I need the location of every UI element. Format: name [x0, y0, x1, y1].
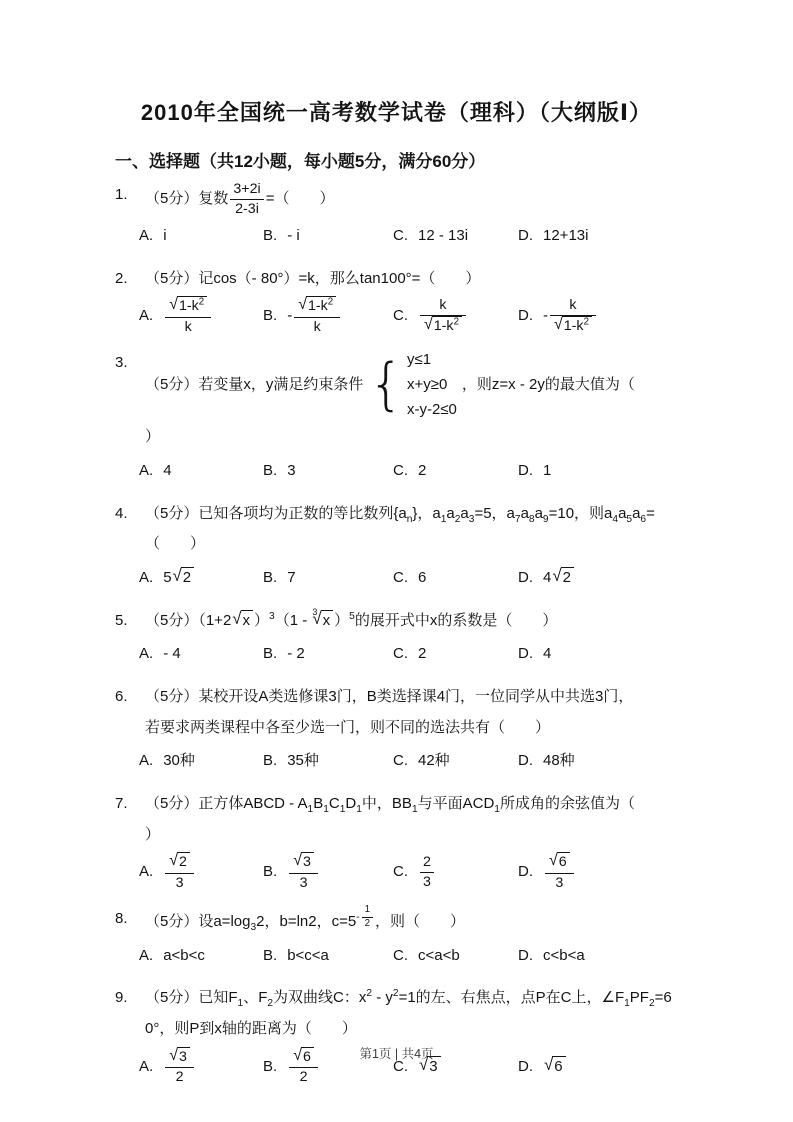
option-item: B.b<c<a [263, 940, 393, 972]
fraction-numerator: √2 [165, 852, 194, 872]
option-label: A. [139, 300, 153, 332]
option-item: B.-√1-k2k [263, 296, 393, 336]
question-item: 8.（5分）设a=log32，b=ln2，c=5-12，则（ ）A.a<b<cB… [115, 904, 698, 971]
option-item: A.30种 [139, 745, 263, 777]
option-item: C.42种 [393, 745, 518, 777]
option-item: C.2 [393, 455, 518, 487]
fraction: 12 [362, 904, 373, 930]
radicand: x [321, 610, 334, 631]
left-brace: { [368, 360, 404, 410]
question-number: 6. [115, 682, 145, 744]
fraction-denominator: 3 [289, 873, 318, 893]
fraction-denominator: √1-k2 [550, 315, 596, 336]
fraction-numerator: 1 [362, 904, 373, 917]
option-content: √63 [543, 852, 576, 892]
fraction-numerator: k [420, 296, 466, 315]
question-number: 4. [115, 499, 145, 561]
option-item: A.- 4 [139, 638, 263, 670]
fraction-denominator: k [294, 317, 340, 337]
fraction-denominator: 2 [165, 1067, 194, 1087]
superscript: -12 [356, 912, 375, 923]
option-label: A. [139, 638, 153, 670]
option-content: 5√2 [163, 562, 195, 594]
option-item: C.23 [393, 853, 518, 891]
subscript: 1 [412, 804, 418, 815]
option-content: 3 [287, 455, 295, 487]
question-item: 7.（5分）正方体ABCD - A1B1C1D1中，BB1与平面ACD1所成角的… [115, 789, 698, 892]
fraction: √1-k2k [165, 296, 211, 336]
system-rows: y≤1x+y≥0x-y-2≤0 [407, 348, 457, 422]
question-item: 3.（5分）若变量x，y满足约束条件{y≤1x+y≥0x-y-2≤0，则z=x … [115, 348, 698, 487]
option-content: 35种 [287, 745, 319, 777]
option-item: A.a<b<c [139, 940, 263, 972]
question-stem: （5分）已知各项均为正数的等比数列{an}，a1a2a3=5，a7a8a9=10… [145, 499, 698, 561]
fraction-numerator: 3+2i [230, 180, 263, 199]
fraction: √23 [165, 852, 194, 892]
option-content: 2 [418, 638, 426, 670]
fraction-denominator: 3 [420, 872, 434, 892]
option-label: D. [518, 638, 533, 670]
fraction: √1-k2k [294, 296, 340, 336]
option-content: 12+13i [543, 220, 588, 252]
question-item: 6.（5分）某校开设A类选修课3门，B类选择课4门，一位同学从中共选3门，若要求… [115, 682, 698, 777]
superscript: 5 [349, 611, 355, 622]
subscript: 3 [250, 922, 256, 933]
radicand: 1-k2 [562, 316, 592, 336]
option-content: -√1-k2k [287, 296, 342, 336]
option-item: C.12 - 13i [393, 220, 518, 252]
option-label: B. [263, 562, 277, 594]
option-item: A.√1-k2k [139, 296, 263, 336]
option-label: C. [393, 562, 408, 594]
subscript: 5 [626, 514, 632, 525]
fraction-denominator: 3 [545, 873, 574, 893]
option-item: B.3 [263, 455, 393, 487]
option-content: 6 [418, 562, 426, 594]
option-content: 1 [543, 455, 551, 487]
radical: √1-k2 [424, 316, 462, 336]
question-stem: （5分）已知F1、F2为双曲线C：x2 - y2=1的左、右焦点，点P在C上，∠… [145, 983, 698, 1045]
superscript: 2 [584, 316, 589, 327]
question-stem: （5分）复数3+2i2-3i=（ ） [145, 180, 698, 218]
inequality-system: {y≤1x+y≥0x-y-2≤0 [368, 348, 457, 422]
superscript: 2 [366, 988, 372, 999]
options-row: A.30种B.35种C.42种D.48种 [139, 745, 698, 777]
subscript: 1 [494, 804, 500, 815]
option-content: 7 [287, 562, 295, 594]
option-content: 4√2 [543, 562, 575, 594]
subscript: 1 [238, 998, 244, 1009]
superscript: 3 [269, 611, 275, 622]
question-line: 1.（5分）复数3+2i2-3i=（ ） [115, 180, 698, 218]
fraction-numerator: k [550, 296, 596, 315]
radical: √1-k2 [169, 296, 207, 316]
fraction-numerator: √6 [545, 852, 574, 872]
option-label: B. [263, 856, 277, 888]
question-stem: （5分）若变量x，y满足约束条件{y≤1x+y≥0x-y-2≤0，则z=x - … [145, 348, 698, 453]
question-stem: （5分）设a=log32，b=ln2，c=5-12，则（ ） [145, 904, 698, 938]
page-title: 2010年全国统一高考数学试卷（理科）（大纲版Ⅰ） [95, 96, 698, 127]
subscript: 3 [469, 514, 475, 525]
option-label: A. [139, 220, 153, 252]
subscript: 1 [356, 804, 362, 815]
option-label: C. [393, 856, 408, 888]
radicand: x [241, 610, 254, 631]
fraction-denominator: 2 [362, 917, 373, 931]
superscript: 2 [454, 316, 459, 327]
option-item: B.- 2 [263, 638, 393, 670]
option-content: c<a<b [418, 940, 460, 972]
option-content: √23 [163, 852, 196, 892]
option-content: 30种 [163, 745, 195, 777]
radical: √x [232, 610, 253, 631]
option-label: B. [263, 220, 277, 252]
option-label: D. [518, 220, 533, 252]
options-row: A.a<b<cB.b<c<aC.c<a<bD.c<b<a [139, 940, 698, 972]
option-content: 42种 [418, 745, 450, 777]
radical: √6 [549, 852, 570, 872]
question-number: 3. [115, 348, 145, 453]
option-content: √1-k2k [163, 296, 213, 336]
option-item: B.√33 [263, 852, 393, 892]
superscript: 2 [199, 297, 204, 308]
section-heading: 一、选择题（共12小题，每小题5分，满分60分） [115, 147, 698, 172]
fraction: √33 [289, 852, 318, 892]
system-row: x+y≥0 [407, 373, 457, 398]
superscript: 2 [328, 297, 333, 308]
option-label: C. [393, 745, 408, 777]
option-label: C. [393, 300, 408, 332]
option-label: D. [518, 300, 533, 332]
question-number: 1. [115, 180, 145, 218]
option-label: D. [518, 455, 533, 487]
option-label: A. [139, 455, 153, 487]
subscript: 1 [308, 804, 314, 815]
question-number: 7. [115, 789, 145, 851]
option-content: 2 [418, 455, 426, 487]
question-line: 4.（5分）已知各项均为正数的等比数列{an}，a1a2a3=5，a7a8a9=… [115, 499, 698, 561]
option-label: B. [263, 745, 277, 777]
question-stem: （5分）某校开设A类选修课3门，B类选择课4门，一位同学从中共选3门，若要求两类… [145, 682, 698, 744]
subscript: n [407, 514, 413, 525]
subscript: 1 [340, 804, 346, 815]
fraction: k√1-k2 [550, 296, 596, 336]
fraction: 3+2i2-3i [230, 180, 263, 218]
radical: √1-k2 [298, 296, 336, 316]
question-line: 9.（5分）已知F1、F2为双曲线C：x2 - y2=1的左、右焦点，点P在C上… [115, 983, 698, 1045]
option-content: - 2 [287, 638, 305, 670]
option-item: A.i [139, 220, 263, 252]
fraction-denominator: 2-3i [230, 199, 263, 219]
subscript: 1 [441, 514, 447, 525]
option-item: D.c<b<a [518, 940, 698, 972]
radicand: 2 [181, 567, 194, 588]
subscript: 7 [515, 514, 521, 525]
option-content: 4 [163, 455, 171, 487]
question-line: 8.（5分）设a=log32，b=ln2，c=5-12，则（ ） [115, 904, 698, 938]
radical: √2 [169, 852, 190, 872]
option-item: A.√23 [139, 852, 263, 892]
fraction: 23 [420, 853, 434, 891]
option-label: C. [393, 220, 408, 252]
superscript: 2 [393, 988, 399, 999]
subscript: 8 [529, 514, 535, 525]
option-label: C. [393, 638, 408, 670]
option-label: D. [518, 745, 533, 777]
question-number: 2. [115, 264, 145, 295]
option-content: - 4 [163, 638, 181, 670]
options-row: A.√1-k2kB.-√1-k2kC.k√1-k2D.-k√1-k2 [139, 296, 698, 336]
question-stem: （5分）正方体ABCD - A1B1C1D1中，BB1与平面ACD1所成角的余弦… [145, 789, 698, 851]
radical: √3 [293, 852, 314, 872]
question-number: 8. [115, 904, 145, 938]
radical-index: 3 [312, 607, 317, 619]
question-line: 3.（5分）若变量x，y满足约束条件{y≤1x+y≥0x-y-2≤0，则z=x … [115, 348, 698, 453]
radical: √2 [173, 567, 195, 588]
option-item: D.4 [518, 638, 698, 670]
option-label: A. [139, 856, 153, 888]
option-content: 23 [418, 853, 436, 891]
subscript: 9 [543, 514, 549, 525]
option-content: b<c<a [287, 940, 329, 972]
option-item: C.c<a<b [393, 940, 518, 972]
option-item: D.1 [518, 455, 698, 487]
question-number: 5. [115, 606, 145, 637]
exam-page: 2010年全国统一高考数学试卷（理科）（大纲版Ⅰ） 一、选择题（共12小题，每小… [0, 0, 793, 1122]
question-stem: （5分）（1+2√x）3（1 - 3√x）5的展开式中x的系数是（ ） [145, 606, 698, 637]
fraction-numerator: √1-k2 [294, 296, 340, 316]
option-label: B. [263, 638, 277, 670]
question-line: 2.（5分）记cos（- 80°）=k，那么tan100°=（ ） [115, 264, 698, 295]
option-content: 4 [543, 638, 551, 670]
page-indicator: 第1页 | 共4页 [359, 1047, 433, 1061]
page-footer: 第1页 | 共4页 [0, 1044, 793, 1062]
option-item: D.48种 [518, 745, 698, 777]
fraction-numerator: √3 [289, 852, 318, 872]
subscript: 2 [649, 998, 655, 1009]
question-line: 7.（5分）正方体ABCD - A1B1C1D1中，BB1与平面ACD1所成角的… [115, 789, 698, 851]
option-content: -k√1-k2 [543, 296, 598, 336]
subscript: 1 [323, 804, 329, 815]
question-item: 9.（5分）已知F1、F2为双曲线C：x2 - y2=1的左、右焦点，点P在C上… [115, 983, 698, 1086]
radical: √1-k2 [554, 316, 592, 336]
option-label: C. [393, 455, 408, 487]
option-item: A.4 [139, 455, 263, 487]
fraction-numerator: 2 [420, 853, 434, 872]
options-row: A.4B.3C.2D.1 [139, 455, 698, 487]
fraction-denominator: k [165, 317, 211, 337]
option-content: - i [287, 220, 300, 252]
option-label: D. [518, 940, 533, 972]
question-line: 5.（5分）（1+2√x）3（1 - 3√x）5的展开式中x的系数是（ ） [115, 606, 698, 637]
option-item: D.-k√1-k2 [518, 296, 698, 336]
option-item: C.6 [393, 562, 518, 594]
question-line: 6.（5分）某校开设A类选修课3门，B类选择课4门，一位同学从中共选3门，若要求… [115, 682, 698, 744]
question-item: 4.（5分）已知各项均为正数的等比数列{an}，a1a2a3=5，a7a8a9=… [115, 499, 698, 594]
question-stem: （5分）记cos（- 80°）=k，那么tan100°=（ ） [145, 264, 698, 295]
question-item: 5.（5分）（1+2√x）3（1 - 3√x）5的展开式中x的系数是（ ）A.-… [115, 606, 698, 670]
subscript: 1 [624, 998, 630, 1009]
radicand: 2 [177, 852, 190, 872]
option-label: B. [263, 455, 277, 487]
option-label: A. [139, 940, 153, 972]
fraction-denominator: √1-k2 [420, 315, 466, 336]
radicand: 1-k2 [177, 296, 207, 316]
system-row: x-y-2≤0 [407, 398, 457, 423]
fraction-denominator: 2 [289, 1067, 318, 1087]
fraction: k√1-k2 [420, 296, 466, 336]
option-label: B. [263, 940, 277, 972]
option-item: D.4√2 [518, 562, 698, 594]
option-label: D. [518, 856, 533, 888]
option-label: C. [393, 940, 408, 972]
option-content: 12 - 13i [418, 220, 468, 252]
subscript: 6 [640, 514, 646, 525]
option-item: B.7 [263, 562, 393, 594]
radicand: 1-k2 [432, 316, 462, 336]
question-item: 1.（5分）复数3+2i2-3i=（ ）A.iB.- iC.12 - 13iD.… [115, 180, 698, 252]
option-label: B. [263, 300, 277, 332]
options-row: A.iB.- iC.12 - 13iD.12+13i [139, 220, 698, 252]
option-content: c<b<a [543, 940, 585, 972]
option-label: A. [139, 745, 153, 777]
question-number: 9. [115, 983, 145, 1045]
option-content: 48种 [543, 745, 575, 777]
option-item: B.- i [263, 220, 393, 252]
option-content: i [163, 220, 166, 252]
radical: √2 [552, 567, 574, 588]
system-row: y≤1 [407, 348, 457, 373]
radicand: 1-k2 [306, 296, 336, 316]
radicand: 2 [561, 567, 574, 588]
option-item: D.12+13i [518, 220, 698, 252]
fraction-numerator: √1-k2 [165, 296, 211, 316]
option-item: A.5√2 [139, 562, 263, 594]
option-content: a<b<c [163, 940, 205, 972]
option-item: C.2 [393, 638, 518, 670]
options-row: A.√23B.√33C.23D.√63 [139, 852, 698, 892]
fraction: √63 [545, 852, 574, 892]
option-item: C.k√1-k2 [393, 296, 518, 336]
option-label: D. [518, 562, 533, 594]
option-content: k√1-k2 [418, 296, 468, 336]
radicand: 6 [557, 852, 570, 872]
options-row: A.5√2B.7C.6D.4√2 [139, 562, 698, 594]
option-content: √33 [287, 852, 320, 892]
subscript: 2 [267, 998, 273, 1009]
options-row: A.- 4B.- 2C.2D.4 [139, 638, 698, 670]
subscript: 2 [455, 514, 461, 525]
option-label: A. [139, 562, 153, 594]
radical: 3√x [312, 610, 333, 631]
fraction-denominator: 3 [165, 873, 194, 893]
option-item: D.√63 [518, 852, 698, 892]
question-list: 1.（5分）复数3+2i2-3i=（ ）A.iB.- iC.12 - 13iD.… [115, 180, 698, 1086]
question-item: 2.（5分）记cos（- 80°）=k，那么tan100°=（ ）A.√1-k2… [115, 264, 698, 337]
subscript: 4 [612, 514, 618, 525]
radicand: 3 [301, 852, 314, 872]
option-item: B.35种 [263, 745, 393, 777]
